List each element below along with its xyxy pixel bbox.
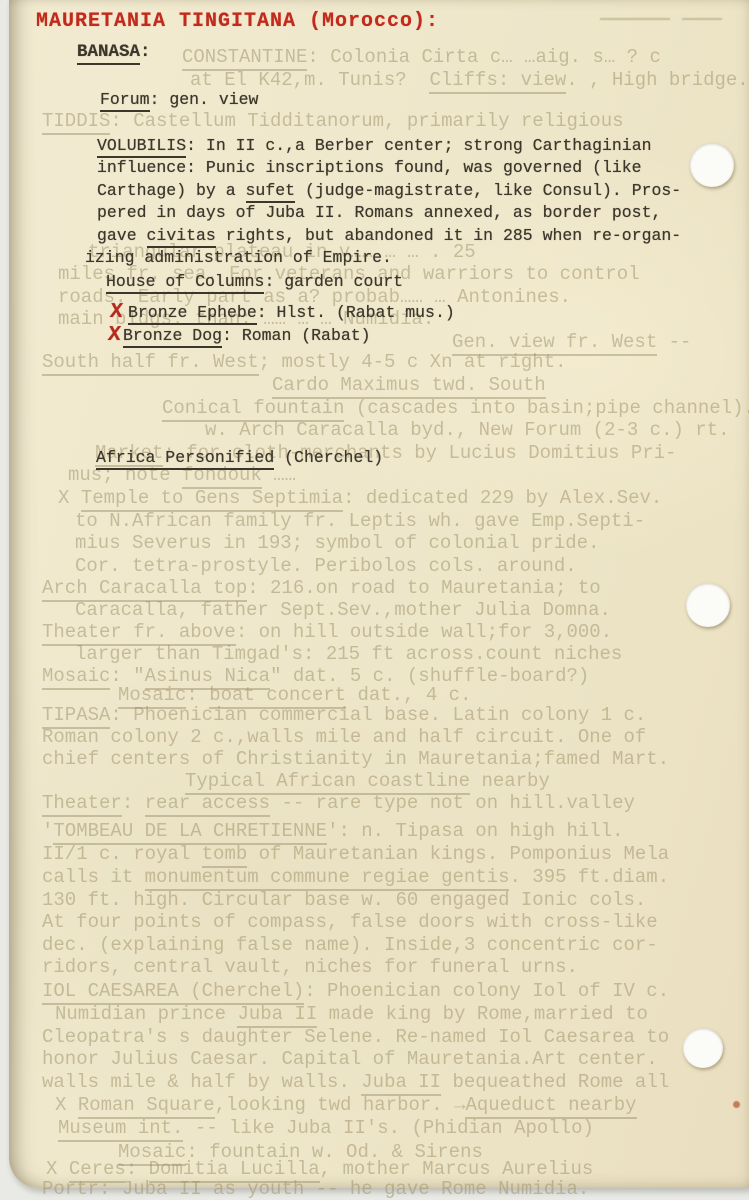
- bleed-underlined-term: CONSTANTINE: [182, 46, 307, 71]
- africa-personified-line: Africa Personified (Cherchel): [96, 450, 383, 467]
- bleed-line-9: South half fr. West; mostly 4-5 c Xn at …: [42, 353, 567, 372]
- hole-punch: [683, 1028, 723, 1068]
- bleed-line-33: 130 ft. high. Circular base w. 60 engage…: [42, 891, 646, 910]
- bronze-ephebe-rest: : Hlst. (Rabat mus.): [257, 303, 455, 322]
- bronze-ephebe-label: Bronze Ephebe: [128, 303, 257, 325]
- forum-line: Forum: gen. view: [100, 92, 258, 109]
- bleed-line-10: Cardo Maximus twd. South: [272, 376, 546, 395]
- bleed-line-15: X Temple to Gens Septimia: dedicated 229…: [58, 489, 662, 508]
- volubilis-line-3-post: (judge-magistrate, like Consul). Pros-: [295, 181, 681, 200]
- volubilis-line-5: gave civitas rights, but abandoned it in…: [97, 228, 681, 245]
- bleed-underlined-term: monumentum commune regiae gentis: [145, 866, 510, 891]
- volubilis-line-1-rest: : In II c.,a Berber center; strong Carth…: [186, 136, 651, 155]
- africa-personified-label: Africa Personified: [96, 448, 274, 470]
- bleed-line-37: IOL CAESAREA (Cherchel): Phoenician colo…: [42, 982, 669, 1001]
- bleed-line-39: Cleopatra's s daughter Selene. Re-named …: [42, 1028, 669, 1047]
- red-x-mark: X: [107, 324, 122, 347]
- volubilis-line-6: izing administration of Empire.: [85, 250, 392, 267]
- volubilis-line-1: VOLUBILIS: In II c.,a Berber center; str…: [97, 138, 652, 155]
- page-title: MAURETANIA TINGITANA (Morocco):: [36, 12, 439, 32]
- bleed-line-21: Theater fr. above: on hill outside wall;…: [42, 623, 612, 642]
- bronze-dog-rest: : Roman (Rabat): [222, 326, 371, 345]
- bleed-line-11: Conical fountain (cascades into basin;pi…: [162, 399, 749, 418]
- bleed-underlined-term: Theater: [42, 792, 122, 817]
- volubilis-line-3-pre: Carthage) by a: [97, 181, 246, 200]
- bleed-line-12: w. Arch Caracalla byd., New Forum (2-3 c…: [205, 421, 730, 440]
- document-scan: CONSTANTINE: Colonia Cirta c… …aig. s… ?…: [0, 0, 749, 1200]
- banasa-heading-text: BANASA: [77, 42, 140, 65]
- hole-punch: [690, 143, 734, 187]
- bleed-line-18: Cor. tetra-prostyle. Peribolos cols. aro…: [75, 557, 577, 576]
- bronze-dog-label: Bronze Dog: [123, 326, 222, 348]
- bleed-underlined-term: Cliffs: view: [429, 69, 566, 94]
- bleed-underlined-term: South half fr. West: [42, 351, 259, 376]
- bleed-line-34: At four points of compass, false doors w…: [42, 913, 658, 932]
- house-of-columns-rest: : garden court: [264, 272, 403, 291]
- bleed-line-26: Roman colony 2 c.,walls mile and half ci…: [42, 728, 646, 747]
- bleed-underlined-term: Cardo Maximus twd. South: [272, 374, 546, 399]
- bleed-line-2: at El K42,m. Tunis? Cliffs: view. , High…: [190, 71, 749, 90]
- bleed-line-22: larger than Timgad's: 215 ft across.coun…: [75, 645, 622, 664]
- bleed-underlined-term: Juba II: [237, 1003, 317, 1028]
- bleed-line-17: mius Severus in 193; symbol of colonial …: [75, 534, 600, 553]
- bleed-line-3: TIDDIS: Castellum Tidditanorum, primaril…: [42, 112, 624, 131]
- volubilis-line-4: pered in days of Juba II. Romans annexed…: [97, 205, 661, 222]
- civitas-term: civitas: [147, 226, 216, 248]
- bleed-underlined-term: Mosaic: [42, 665, 110, 690]
- bleed-underlined-term: Museum int.: [58, 1117, 183, 1142]
- bleed-line-29: Theater: rear access -- rare type not on…: [42, 794, 635, 813]
- bleed-line-19: Arch Caracalla top: 216.on road to Maure…: [42, 579, 601, 598]
- hole-punch: [686, 583, 730, 627]
- bleed-line-43: Museum int. -- like Juba II's. (Phidian …: [58, 1119, 594, 1138]
- faint-fragment-underline: [682, 18, 722, 20]
- faint-fragment-underline: [600, 18, 670, 20]
- bleed-line-8: Gen. view fr. West --: [452, 333, 691, 352]
- bleed-line-46: Portr: Juba II as youth -- he gave Rome …: [42, 1180, 589, 1199]
- bleed-line-40: honor Julius Caesar. Capital of Mauretan…: [42, 1050, 658, 1069]
- forum-rest: : gen. view: [150, 90, 259, 109]
- bleed-underlined-term: Roman Square: [78, 1094, 215, 1119]
- bleed-line-30: 'TOMBEAU DE LA CHRETIENNE': n. Tipasa on…: [42, 822, 624, 841]
- bleed-line-41: walls mile & half by walls. Juba II bequ…: [42, 1073, 669, 1092]
- bronze-ephebe-line: Bronze Ephebe: Hlst. (Rabat mus.): [128, 305, 455, 322]
- bronze-dog-line: Bronze Dog: Roman (Rabat): [123, 328, 371, 345]
- bleed-line-1: CONSTANTINE: Colonia Cirta c… …aig. s… ?…: [182, 48, 661, 67]
- bleed-underlined-term: Portr: [42, 1178, 99, 1200]
- bleed-line-25: TIPASA: Phoenician commercial base. Lati…: [42, 706, 646, 725]
- bleed-underlined-term: IOL CAESAREA (Cherchel): [42, 980, 304, 1005]
- bleed-line-42: X Roman Square,looking twd harbor. →Aque…: [55, 1096, 637, 1115]
- volubilis-line-5-pre: gave: [97, 226, 147, 245]
- bleed-underlined-term: Juba II: [361, 1071, 441, 1096]
- bleed-line-38: Numidian prince Juba II made king by Rom…: [55, 1005, 648, 1024]
- bleed-line-16: to N.African family fr. Leptis wh. gave …: [75, 512, 645, 531]
- volubilis-heading: VOLUBILIS: [97, 136, 186, 158]
- volubilis-line-3: Carthage) by a sufet (judge-magistrate, …: [97, 183, 681, 200]
- africa-personified-rest: (Cherchel): [274, 448, 383, 467]
- bleed-line-31: II/1 c. royal tomb of Mauretanian kings.…: [42, 845, 669, 864]
- sufet-term: sufet: [246, 181, 296, 203]
- house-of-columns-label: House of Columns: [106, 272, 264, 294]
- house-of-columns-line: House of Columns: garden court: [106, 274, 403, 291]
- bleed-line-28: Typical African coastline nearby: [185, 772, 550, 791]
- bleed-line-45: X Ceres: Domitia Lucilla, mother Marcus …: [46, 1160, 593, 1179]
- bleed-line-32: calls it monumentum commune regiae genti…: [42, 868, 669, 887]
- bleed-line-20: Caracalla, father Sept.Sev.,mother Julia…: [75, 601, 611, 620]
- bleed-underlined-term: Aqueduct nearby: [465, 1094, 636, 1119]
- bleed-underlined-term: TOMBEAU DE LA CHRETIENNE: [53, 820, 327, 845]
- ink-dot: [733, 1101, 740, 1108]
- red-x-mark: X: [109, 301, 124, 324]
- banasa-heading: BANASA:: [77, 44, 151, 62]
- volubilis-line-2: influence: Punic inscriptions found, was…: [97, 160, 642, 177]
- bleed-underlined-term: Juba II as youth: [122, 1178, 304, 1200]
- bleed-underlined-term: Temple to Gens Septimia: [81, 487, 343, 512]
- volubilis-line-5-post: rights, but abandoned it in 285 when re-…: [216, 226, 681, 245]
- banasa-colon: :: [140, 42, 151, 62]
- bleed-line-35: dec. (explaining false name). Inside,3 c…: [42, 936, 658, 955]
- bleed-underlined-term: tomb: [202, 843, 248, 868]
- bleed-underlined-term: rear access: [145, 792, 270, 817]
- bleed-line-27: chief centers of Christianity in Maureta…: [42, 750, 669, 769]
- forum-label: Forum: [100, 90, 150, 112]
- bleed-line-36: ridors, central vault, niches for funera…: [42, 958, 578, 977]
- bleed-line-24: Mosaic: boat concert dat., 4 c.: [118, 686, 471, 705]
- bleed-underlined-term: TIDDIS: [42, 110, 110, 135]
